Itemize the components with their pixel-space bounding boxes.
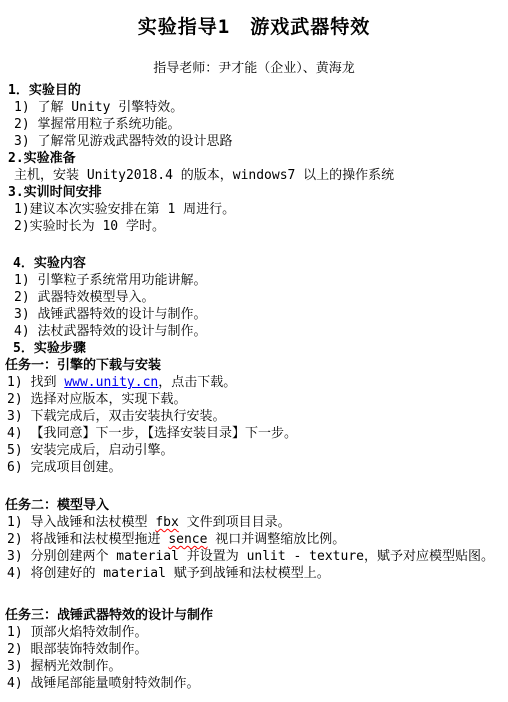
list-item: 1) 顶部火焰特效制作。 bbox=[0, 624, 508, 641]
list-item: 3) 下载完成后，双击安装执行安装。 bbox=[0, 408, 508, 425]
list-item-text: 1) 导入战锤和法杖模型 bbox=[7, 515, 155, 530]
task-2-heading: 任务二：模型导入 bbox=[0, 497, 508, 514]
section-5-heading: 5．实验步骤 bbox=[0, 340, 508, 357]
list-item: 1)建议本次实验安排在第 1 周进行。 bbox=[0, 201, 508, 218]
list-item: 1) 找到 www.unity.cn，点击下载。 bbox=[0, 374, 508, 391]
section-2-body: 主机，安装 Unity2018.4 的版本，windows7 以上的操作系统 bbox=[0, 167, 508, 184]
task-1-heading: 任务一：引擎的下载与安装 bbox=[0, 357, 508, 374]
list-item: 2) 将战锤和法杖模型拖进 sence 视口并调整缩放比例。 bbox=[0, 531, 508, 548]
list-item-text: 视口并调整缩放比例。 bbox=[207, 532, 345, 547]
list-item-text: 文件到项目目录。 bbox=[179, 515, 291, 530]
list-item: 4) 【我同意】下一步，【选择安装目录】下一步。 bbox=[0, 425, 508, 442]
document-page: 实验指导1 游戏武器特效 指导老师：尹才能（企业）、黄海龙 1．实验目的 1) … bbox=[0, 0, 508, 702]
list-item: 4) 战锤尾部能量喷射特效制作。 bbox=[0, 675, 508, 692]
doc-title: 实验指导1 游戏武器特效 bbox=[0, 0, 508, 39]
list-item: 6) 完成项目创建。 bbox=[0, 459, 508, 476]
list-item: 3) 战锤武器特效的设计与制作。 bbox=[0, 306, 508, 323]
list-item: 1) 了解 Unity 引擎特效。 bbox=[0, 99, 508, 116]
list-item: 2) 眼部装饰特效制作。 bbox=[0, 641, 508, 658]
list-item: 2) 选择对应版本，实现下载。 bbox=[0, 391, 508, 408]
list-item-text: ，点击下载。 bbox=[158, 375, 236, 390]
misspelled-word-fbx: fbx bbox=[155, 515, 178, 530]
section-1-heading: 1．实验目的 bbox=[0, 82, 508, 99]
list-item: 3) 握柄光效制作。 bbox=[0, 658, 508, 675]
section-3-heading: 3.实训时间安排 bbox=[0, 184, 508, 201]
list-item: 3) 了解常见游戏武器特效的设计思路 bbox=[0, 133, 508, 150]
list-item: 4) 法杖武器特效的设计与制作。 bbox=[0, 323, 508, 340]
section-4-heading: 4．实验内容 bbox=[0, 255, 508, 272]
list-item: 1) 导入战锤和法杖模型 fbx 文件到项目目录。 bbox=[0, 514, 508, 531]
list-item: 2) 武器特效模型导入。 bbox=[0, 289, 508, 306]
list-item-text: 2) 将战锤和法杖模型拖进 bbox=[7, 532, 168, 547]
section-2-heading: 2.实验准备 bbox=[0, 150, 508, 167]
list-item: 3) 分别创建两个 material 并设置为 unlit - texture，… bbox=[0, 548, 508, 565]
unity-link[interactable]: www.unity.cn bbox=[64, 375, 158, 390]
task-3-heading: 任务三：战锤武器特效的设计与制作 bbox=[0, 607, 508, 624]
list-item: 5) 安装完成后，启动引擎。 bbox=[0, 442, 508, 459]
list-item: 4) 将创建好的 material 赋予到战锤和法杖模型上。 bbox=[0, 565, 508, 582]
list-item: 2) 掌握常用粒子系统功能。 bbox=[0, 116, 508, 133]
instructor-line: 指导老师：尹才能（企业）、黄海龙 bbox=[0, 60, 508, 77]
list-item: 2)实验时长为 10 学时。 bbox=[0, 218, 508, 235]
misspelled-word-sence: sence bbox=[168, 532, 207, 547]
list-item-text: 1) 找到 bbox=[7, 375, 64, 390]
list-item: 1) 引擎粒子系统常用功能讲解。 bbox=[0, 272, 508, 289]
